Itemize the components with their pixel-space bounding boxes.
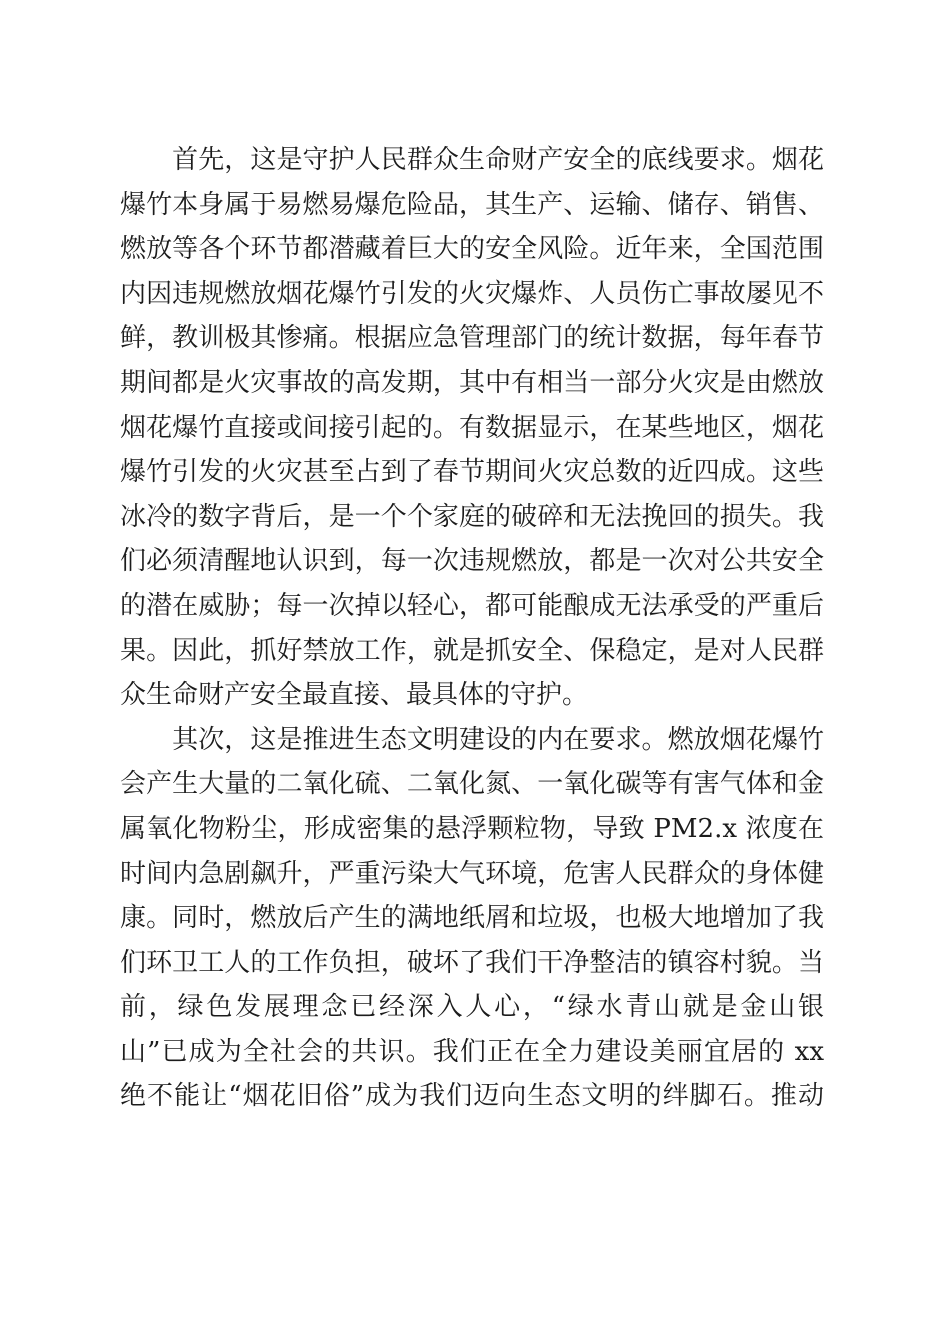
text-line: 爆竹引发的火灾甚至占到了春节期间火灾总数的近四成。这些: [120, 450, 824, 495]
text-line: 烟花爆竹直接或间接引起的。有数据显示，在某些地区，烟花: [120, 406, 824, 451]
text-line: 爆竹本身属于易燃易爆危险品，其生产、运输、储存、销售、: [120, 183, 824, 228]
text-line: 会产生大量的二氧化硫、二氧化氮、一氧化碳等有害气体和金: [120, 762, 824, 807]
text-line: 们环卫工人的工作负担，破坏了我们干净整洁的镇容村貌。当: [120, 941, 824, 986]
text-line: 期间都是火灾事故的高发期，其中有相当一部分火灾是由燃放: [120, 361, 824, 406]
text-line: 众生命财产安全最直接、最具体的守护。: [120, 673, 824, 718]
text-line: 冰冷的数字背后，是一个个家庭的破碎和无法挽回的损失。我: [120, 495, 824, 540]
text-line: 们必须清醒地认识到，每一次违规燃放，都是一次对公共安全: [120, 539, 824, 584]
text-line: 果。因此，抓好禁放工作，就是抓安全、保稳定，是对人民群: [120, 629, 824, 674]
text-line: 其次，这是推进生态文明建设的内在要求。燃放烟花爆竹: [120, 718, 824, 763]
text-line: 内因违规燃放烟花爆竹引发的火灾爆炸、人员伤亡事故屡见不: [120, 272, 824, 317]
text-line: 时间内急剧飙升，严重污染大气环境，危害人民群众的身体健: [120, 852, 824, 897]
text-line: 的潜在威胁；每一次掉以轻心，都可能酿成无法承受的严重后: [120, 584, 824, 629]
text-line: 绝不能让“烟花旧俗”成为我们迈向生态文明的绊脚石。推动: [120, 1074, 824, 1119]
text-line: 首先，这是守护人民群众生命财产安全的底线要求。烟花: [120, 138, 824, 183]
text-line: 燃放等各个环节都潜藏着巨大的安全风险。近年来，全国范围: [120, 227, 824, 272]
text-line: 属氧化物粉尘，形成密集的悬浮颗粒物，导致 PM2.x 浓度在短: [120, 807, 824, 852]
text-line: 前，绿色发展理念已经深入人心，“绿水青山就是金山银: [120, 985, 824, 1030]
document-body: 首先，这是守护人民群众生命财产安全的底线要求。烟花爆竹本身属于易燃易爆危险品，其…: [120, 138, 824, 1119]
text-line: 康。同时，燃放后产生的满地纸屑和垃圾，也极大地增加了我: [120, 896, 824, 941]
text-line: 鲜，教训极其惨痛。根据应急管理部门的统计数据，每年春节: [120, 316, 824, 361]
document-page: 首先，这是守护人民群众生命财产安全的底线要求。烟花爆竹本身属于易燃易爆危险品，其…: [0, 0, 950, 1344]
text-line: 山”已成为全社会的共识。我们正在全力建设美丽宜居的 xx 镇，: [120, 1030, 824, 1075]
